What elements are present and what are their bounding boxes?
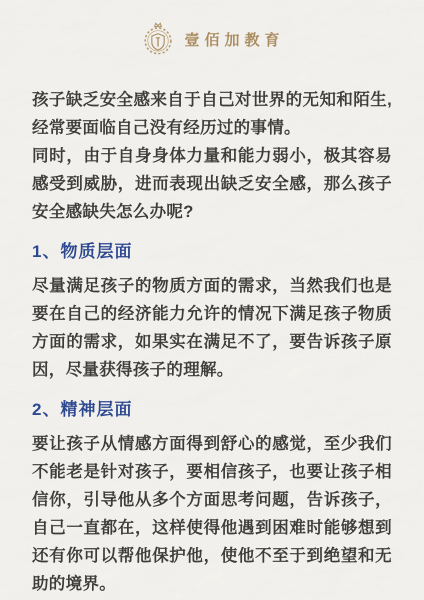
laurel-crest-icon — [139, 18, 177, 58]
brand-logo: 壹佰加教育 — [32, 16, 392, 60]
poster-content: 壹佰加教育 孩子缺乏安全感来自于自己对世界的无知和陌生,经常要面临自己没有经历过… — [0, 0, 424, 600]
poster-page: 壹佰加教育 孩子缺乏安全感来自于自己对世界的无知和陌生,经常要面临自己没有经历过… — [0, 0, 424, 600]
intro-paragraph-1: 孩子缺乏安全感来自于自己对世界的无知和陌生,经常要面临自己没有经历过的事情。 — [32, 86, 392, 142]
section-1-body: 尽量满足孩子的物质方面的需求，当然我们也是要在自己的经济能力允许的情况下满足孩子… — [32, 272, 392, 384]
intro-paragraph-2: 同时，由于自身身体力量和能力弱小，极其容易感受到威胁，进而表现出缺乏安全感，那么… — [32, 142, 392, 226]
section-1-heading: 1、物质层面 — [32, 241, 392, 263]
section-2-heading: 2、精神层面 — [32, 399, 392, 421]
section-2-body: 要让孩子从情感方面得到舒心的感觉，至少我们不能老是针对孩子，要相信孩子，也要让孩… — [32, 430, 392, 598]
logo-text: 壹佰加教育 — [184, 29, 284, 50]
